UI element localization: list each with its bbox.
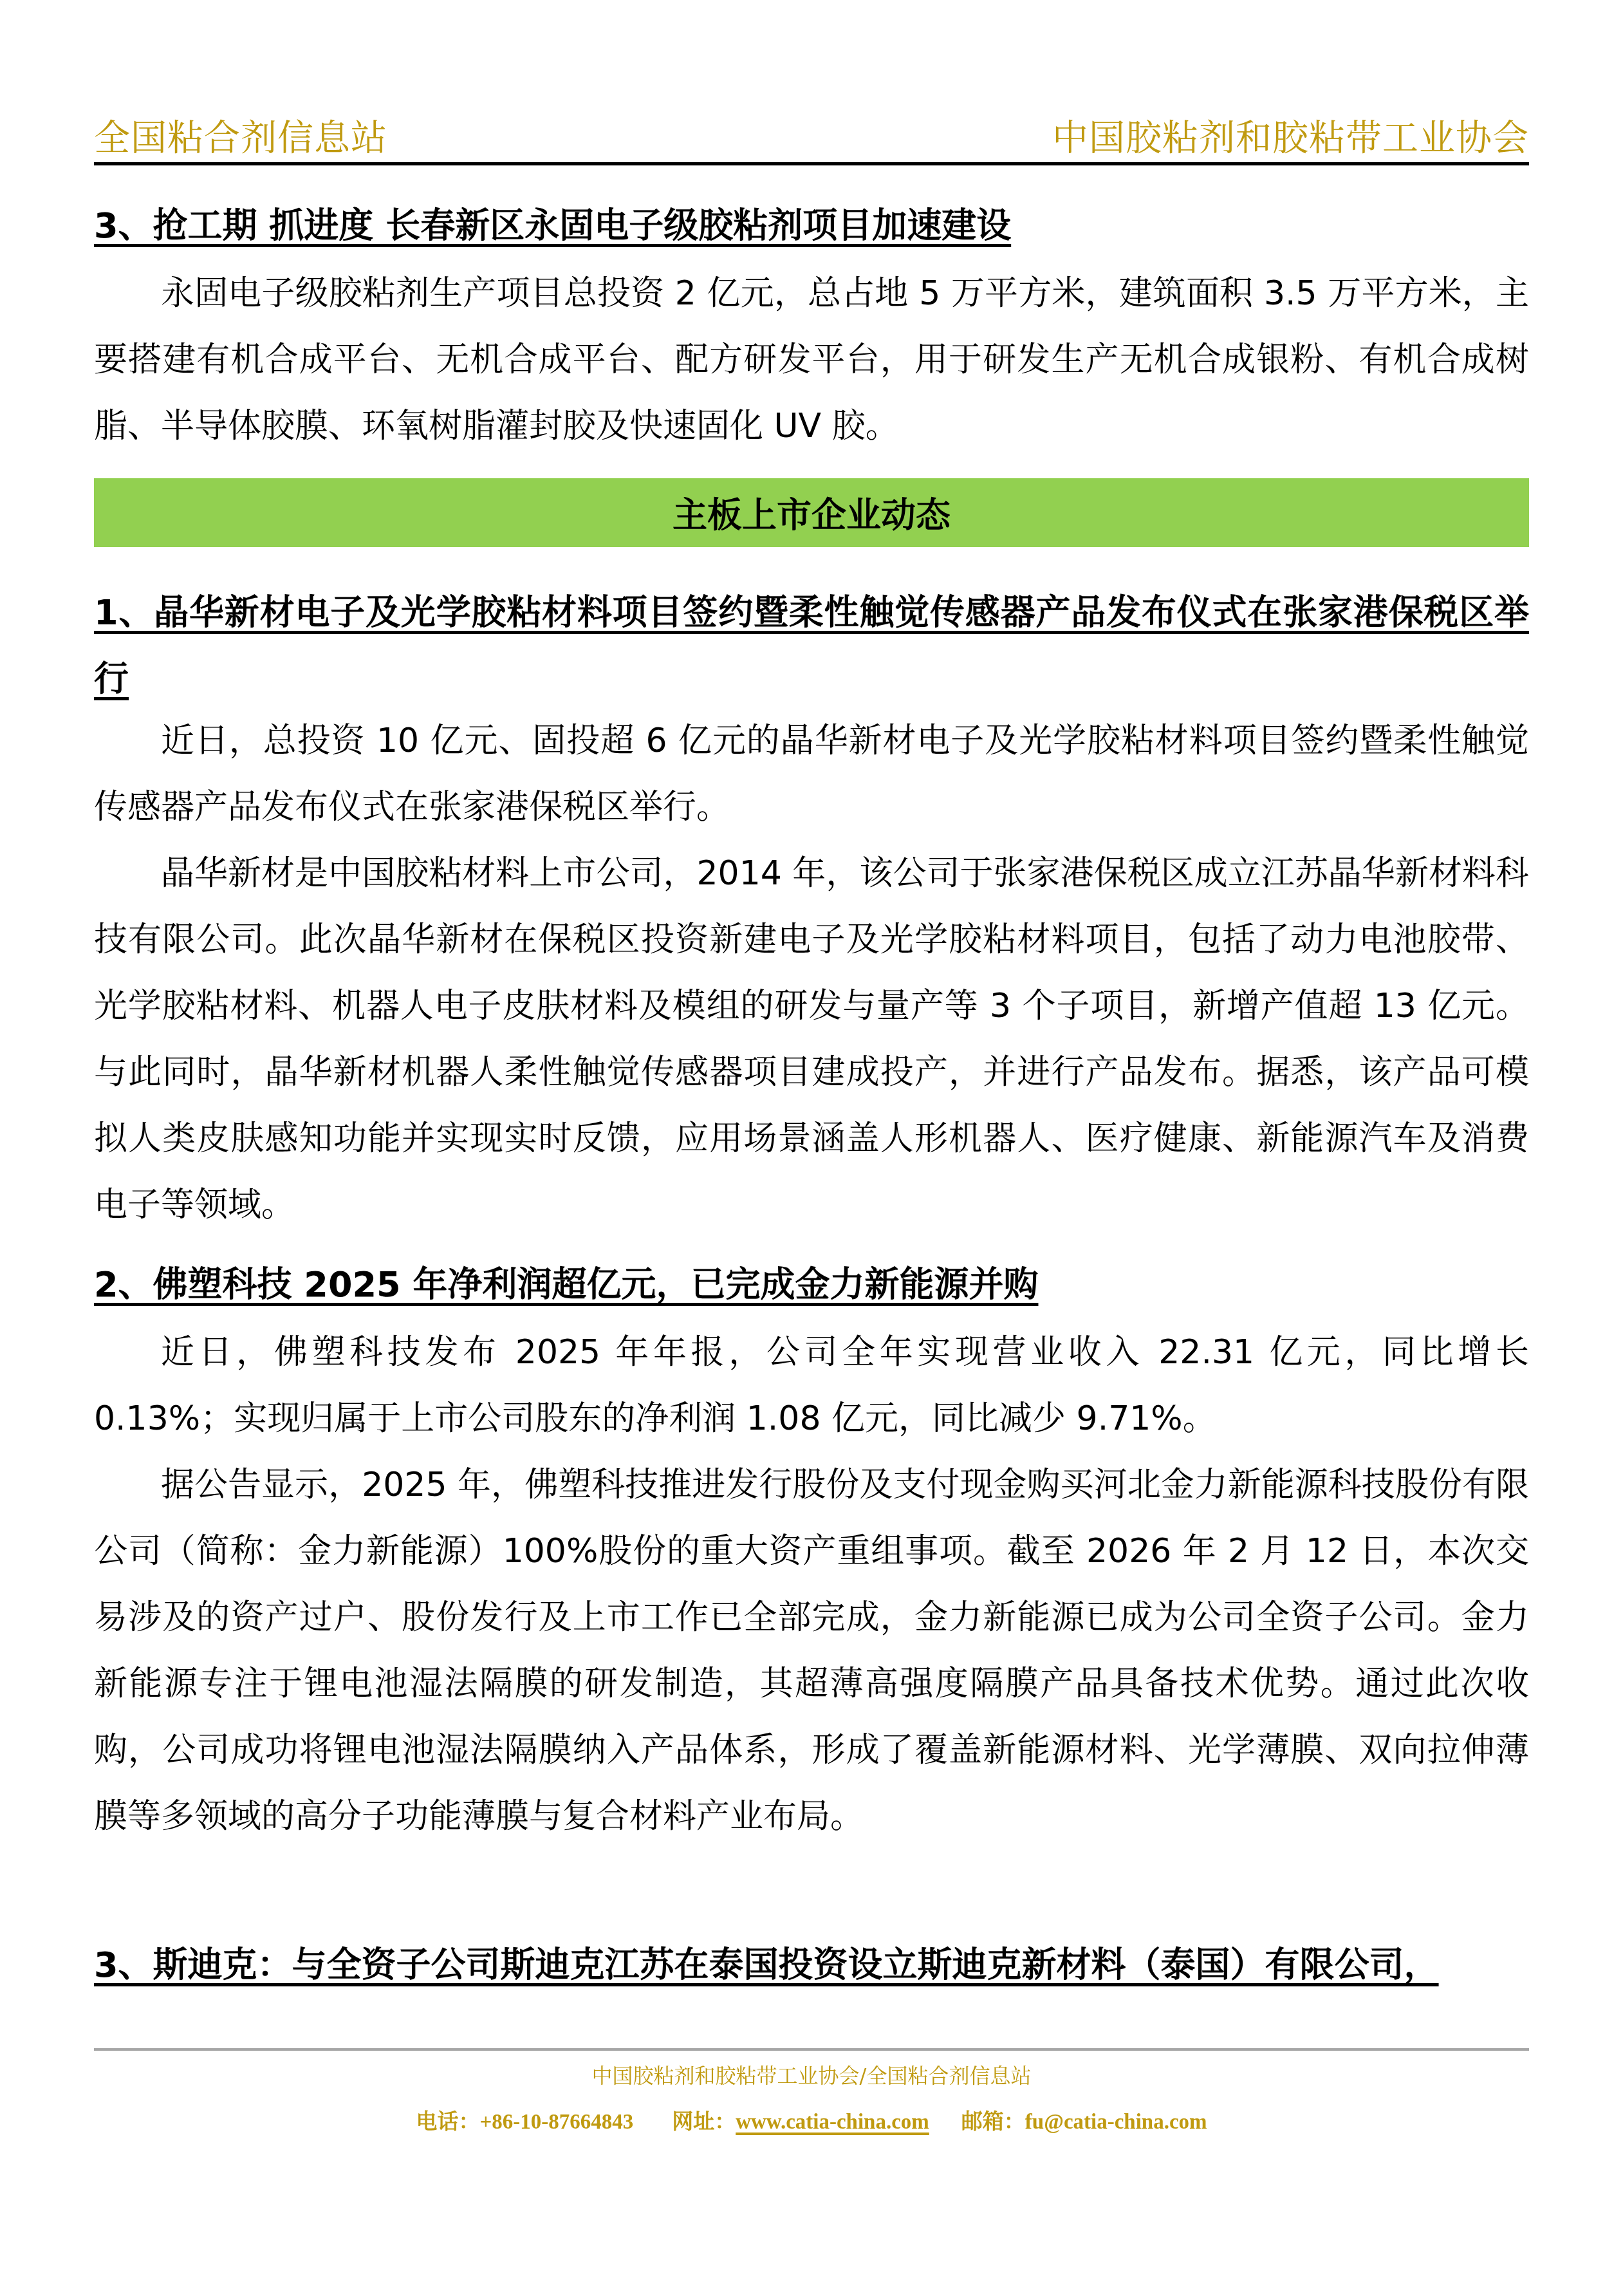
phone-label: 电话： xyxy=(416,2111,479,2134)
section-heading-changchun: 3、抢工期 抓进度 长春新区永固电子级胶粘剂项目加速建设 xyxy=(94,205,1011,247)
paragraph-changchun: 永固电子级胶粘剂生产项目总投资 2 亿元，总占地 5 万平方米，建筑面积 3.5… xyxy=(94,261,1529,460)
email-address[interactable]: fu@catia-china.com xyxy=(1025,2111,1207,2134)
section-banner: 主板上市企业动态 xyxy=(94,478,1529,547)
header-right-title: 中国胶粘剂和胶粘带工业协会 xyxy=(1052,116,1529,161)
paragraph-jinghua-1: 近日，总投资 10 亿元、固投超 6 亿元的晶华新材电子及光学胶粘材料项目签约暨… xyxy=(94,708,1529,841)
footer-contact: 电话：+86-10-87664843网址：www.catia-china.com… xyxy=(94,2105,1529,2135)
page-header: 全国粘合剂信息站 中国胶粘剂和胶粘带工业协会 xyxy=(94,116,1529,165)
item-heading-jinghua: 1、晶华新材电子及光学胶粘材料项目签约暨柔性触觉传感器产品发布仪式在张家港保税区… xyxy=(94,579,1529,712)
website-label: 网址： xyxy=(672,2111,736,2134)
website-link[interactable]: www.catia-china.com xyxy=(736,2111,961,2134)
footer-divider xyxy=(94,2048,1529,2051)
paragraph-fosu-1: 近日，佛塑科技发布 2025 年年报，公司全年实现营业收入 22.31 亿元，同… xyxy=(94,1320,1529,1452)
item-heading-sidike: 3、斯迪克：与全资子公司斯迪克江苏在泰国投资设立斯迪克新材料（泰国）有限公司， xyxy=(94,1944,1439,1986)
header-left-title: 全国粘合剂信息站 xyxy=(94,116,387,161)
paragraph-jinghua-2: 晶华新材是中国胶粘材料上市公司，2014 年，该公司于张家港保税区成立江苏晶华新… xyxy=(94,841,1529,1238)
email-label: 邮箱： xyxy=(961,2111,1025,2134)
footer-org-line: 中国胶粘剂和胶粘带工业协会/全国粘合剂信息站 xyxy=(94,2060,1529,2089)
banner-title: 主板上市企业动态 xyxy=(672,488,951,537)
header-divider xyxy=(94,162,1529,165)
paragraph-fosu-2: 据公告显示，2025 年，佛塑科技推进发行股份及支付现金购买河北金力新能源科技股… xyxy=(94,1452,1529,1850)
item-heading-fosu: 2、佛塑科技 2025 年净利润超亿元，已完成金力新能源并购 xyxy=(94,1264,1038,1306)
phone-number: +86-10-87664843 xyxy=(479,2111,633,2134)
